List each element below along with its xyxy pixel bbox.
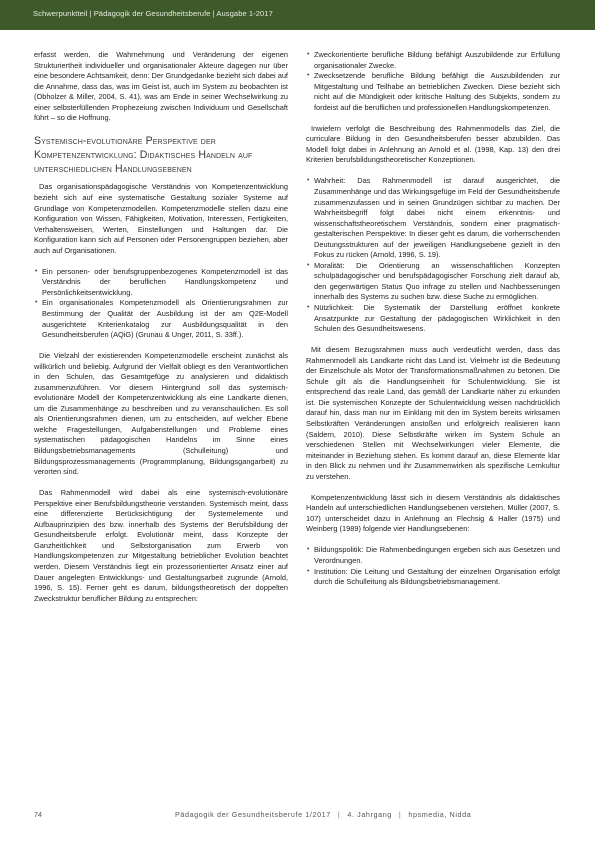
list-item: •Ein personen- oder berufsgruppenbezogen… xyxy=(34,267,288,299)
body-paragraph: Das Rahmenmodell wird dabei als eine sys… xyxy=(34,488,288,604)
list-item: •Nützlichkeit: Die Systematik der Darste… xyxy=(306,303,560,335)
footer-publisher: hpsmedia, Nidda xyxy=(408,810,471,819)
body-paragraph: Mit diesem Bezugsrahmen muss auch verdeu… xyxy=(306,345,560,482)
bullet-icon: • xyxy=(307,303,309,314)
list-item: •Wahrheit: Das Rahmenmodell ist darauf a… xyxy=(306,176,560,260)
body-paragraph: Die Vielzahl der existierenden Kompetenz… xyxy=(34,351,288,478)
bullet-list: •Bildungspolitik: Die Rahmenbedingungen … xyxy=(306,545,560,587)
bullet-icon: • xyxy=(307,545,309,556)
page-footer: 74 Pädagogik der Gesundheitsberufe 1/201… xyxy=(0,810,595,824)
section-heading: Systemisch-evolutionäre Perspektive der … xyxy=(34,134,288,177)
bullet-list: •Wahrheit: Das Rahmenmodell ist darauf a… xyxy=(306,176,560,334)
bullet-icon: • xyxy=(307,567,309,578)
bullet-icon: • xyxy=(307,176,309,187)
right-column: •Zweckorientierte berufliche Bildung bef… xyxy=(306,50,560,588)
body-paragraph: Kompetenzentwicklung lässt sich in diese… xyxy=(306,493,560,535)
bullet-icon: • xyxy=(35,267,37,278)
list-item: •Institution: Die Leitung und Gestaltung… xyxy=(306,567,560,588)
intro-paragraph: erfasst werden, die Wahrnehmung und Verä… xyxy=(34,50,288,124)
running-header-bar: Schwerpunktteil | Pädagogik der Gesundhe… xyxy=(0,0,595,30)
list-item: •Moralität: Die Orientierung an wissensc… xyxy=(306,261,560,303)
footer-separator: | xyxy=(338,810,340,819)
bullet-icon: • xyxy=(307,50,309,61)
list-item: •Zweckorientierte berufliche Bildung bef… xyxy=(306,50,560,71)
bullet-icon: • xyxy=(35,298,37,309)
list-item: •Ein organisationales Kompetenzmodell al… xyxy=(34,298,288,340)
bullet-list: •Zweckorientierte berufliche Bildung bef… xyxy=(306,50,560,113)
list-item: •Zwecksetzende berufliche Bildung befähi… xyxy=(306,71,560,113)
body-paragraph: Das organisationspädagogische Verständni… xyxy=(34,182,288,256)
running-header-title: Schwerpunktteil | Pädagogik der Gesundhe… xyxy=(33,9,273,18)
body-paragraph: Inwiefern verfolgt die Beschreibung des … xyxy=(306,124,560,166)
footer-separator: | xyxy=(399,810,401,819)
list-item: •Bildungspolitik: Die Rahmenbedingungen … xyxy=(306,545,560,566)
bullet-icon: • xyxy=(307,261,309,272)
page-number: 74 xyxy=(34,810,42,819)
footer-citation: Pädagogik der Gesundheitsberufe 1/2017|4… xyxy=(175,810,471,819)
bullet-icon: • xyxy=(307,71,309,82)
footer-journal: Pädagogik der Gesundheitsberufe 1/2017 xyxy=(175,810,331,819)
footer-volume: 4. Jahrgang xyxy=(347,810,392,819)
left-column: erfasst werden, die Wahrnehmung und Verä… xyxy=(34,50,288,604)
bullet-list: •Ein personen- oder berufsgruppenbezogen… xyxy=(34,267,288,341)
